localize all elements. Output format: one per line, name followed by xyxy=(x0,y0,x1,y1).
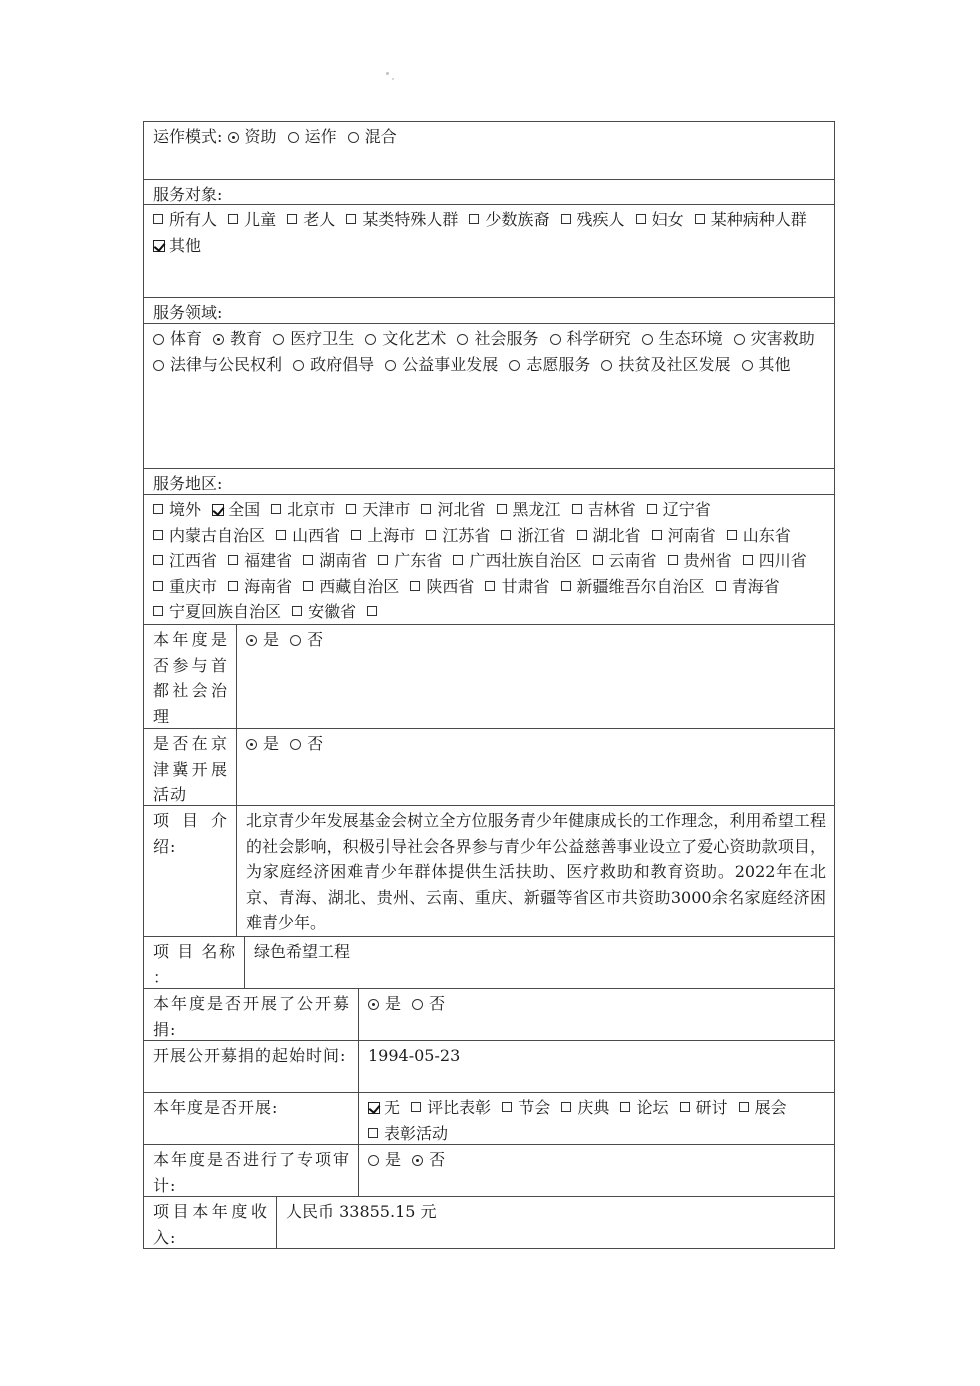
option-label: 河南省 xyxy=(668,526,716,545)
option-service-regions[interactable]: 海南省 xyxy=(228,577,292,596)
radio-selected-icon[interactable] xyxy=(228,132,239,143)
option-service-regions[interactable]: 山东省 xyxy=(727,526,791,545)
option-service-regions[interactable]: 贵州省 xyxy=(668,551,732,570)
option-label: 某类特殊人群 xyxy=(362,210,458,229)
option-label: 天津市 xyxy=(362,500,410,519)
option-label: 其他 xyxy=(169,236,201,255)
option-label: 体育 xyxy=(170,329,202,348)
option-label: 重庆市 xyxy=(169,577,217,596)
option-label: 妇女 xyxy=(652,210,684,229)
option-activities[interactable]: 论坛 xyxy=(620,1098,668,1117)
project-intro-label: 项 目 介绍: xyxy=(144,806,237,936)
service-targets-checkbox-group: 所有人 儿童 老人 某类特殊人群 少数族裔 残疾人 妇女 某种病种人群 其他 xyxy=(144,205,834,297)
option-label: 评比表彰 xyxy=(427,1098,491,1117)
public-fundraising-radio-group: 是 否 xyxy=(359,989,834,1040)
option-service-regions[interactable]: 境外 xyxy=(153,500,201,519)
checkbox-empty-icon[interactable] xyxy=(421,504,431,514)
option-label: 否 xyxy=(429,994,445,1013)
annual-income-value: 人民币 33855.15 元 xyxy=(277,1197,834,1248)
option-label: 是 xyxy=(385,1150,401,1169)
option-label: 是 xyxy=(263,734,279,753)
checkbox-empty-icon[interactable] xyxy=(303,555,313,565)
option-label: 法律与公民权利 xyxy=(170,355,282,374)
option-label: 湖北省 xyxy=(593,526,641,545)
option-label: 全国 xyxy=(228,500,260,519)
checkbox-empty-icon[interactable] xyxy=(346,214,356,224)
checkbox-empty-icon[interactable] xyxy=(577,530,587,540)
public-fundraising-label: 本年度是否开展了公开募捐: xyxy=(144,989,359,1040)
option-service-targets[interactable]: 少数族裔 xyxy=(469,210,549,229)
checkbox-empty-icon[interactable] xyxy=(561,214,571,224)
option-label: 社会服务 xyxy=(474,329,538,348)
option-service-fields[interactable]: 医疗卫生 xyxy=(273,329,354,348)
option-label: 研讨 xyxy=(696,1098,728,1117)
checkbox-empty-icon[interactable] xyxy=(346,504,356,514)
option-service-regions[interactable]: 江西省 xyxy=(153,551,217,570)
option-label: 海南省 xyxy=(244,577,292,596)
checkbox-empty-icon[interactable] xyxy=(636,214,646,224)
jingjinji-label: 是否在京津冀开展活动 xyxy=(144,729,237,805)
checkbox-empty-icon[interactable] xyxy=(561,581,571,591)
radio-empty-icon[interactable] xyxy=(742,360,753,371)
option-service-fields[interactable]: 法律与公民权利 xyxy=(153,355,282,374)
option-service-targets[interactable]: 所有人 xyxy=(153,210,217,229)
option-label: 山西省 xyxy=(292,526,340,545)
fundraising-start-value: 1994-05-23 xyxy=(359,1041,834,1092)
option-special-audit[interactable]: 否 xyxy=(412,1150,445,1169)
radio-empty-icon[interactable] xyxy=(153,334,164,345)
option-service-fields[interactable]: 生态环境 xyxy=(642,329,723,348)
row-fundraising-start: 开展公开募捐的起始时间: 1994-05-23 xyxy=(143,1041,835,1093)
option-label: 浙江省 xyxy=(517,526,565,545)
row-project-name: 项 目 名称 ： 绿色希望工程 xyxy=(143,937,835,989)
option-service-regions[interactable]: 重庆市 xyxy=(153,577,217,596)
row-annual-income: 项目本年度收入: 人民币 33855.15 元 xyxy=(143,1197,835,1249)
radio-empty-icon[interactable] xyxy=(290,635,301,646)
option-activities[interactable]: 节会 xyxy=(502,1098,550,1117)
option-label: 青海省 xyxy=(732,577,780,596)
option-service-regions[interactable]: 安徽省 xyxy=(292,602,356,621)
option-service-fields[interactable]: 体育 xyxy=(153,329,202,348)
option-label: 教育 xyxy=(230,329,262,348)
checkbox-empty-icon[interactable] xyxy=(743,555,753,565)
checkbox-empty-icon[interactable] xyxy=(739,1102,749,1112)
checkbox-empty-icon[interactable] xyxy=(378,555,388,565)
option-activities[interactable]: 研讨 xyxy=(680,1098,728,1117)
option-label: 云南省 xyxy=(609,551,657,570)
option-label: 山东省 xyxy=(743,526,791,545)
checkbox-empty-icon[interactable] xyxy=(620,1102,630,1112)
option-service-regions[interactable]: 浙江省 xyxy=(501,526,565,545)
operation-mode-cell: 运作模式: 资助 运作 混合 xyxy=(144,122,834,179)
option-label: 医疗卫生 xyxy=(290,329,354,348)
option-service-regions[interactable]: 上海市 xyxy=(351,526,415,545)
option-activities[interactable]: 庆典 xyxy=(561,1098,609,1117)
option-capital-governance[interactable]: 否 xyxy=(290,630,323,649)
option-service-regions[interactable] xyxy=(367,602,383,621)
option-label: 吉林省 xyxy=(588,500,636,519)
radio-empty-icon[interactable] xyxy=(288,132,299,143)
option-service-regions[interactable]: 全国 xyxy=(212,500,260,519)
checkbox-empty-icon[interactable] xyxy=(727,530,737,540)
service-targets-label: 服务对象: xyxy=(144,180,834,204)
checkbox-empty-icon[interactable] xyxy=(228,555,238,565)
option-label: 少数族裔 xyxy=(485,210,549,229)
checkbox-empty-icon[interactable] xyxy=(153,555,163,565)
activities-checkbox-group: 无 评比表彰 节会 庆典 论坛 研讨 展会 表彰活动 xyxy=(359,1093,834,1144)
radio-selected-icon[interactable] xyxy=(213,334,224,345)
checkbox-empty-icon[interactable] xyxy=(292,606,302,616)
option-label: 运作 xyxy=(305,127,337,146)
option-service-regions[interactable]: 广东省 xyxy=(378,551,442,570)
option-service-targets[interactable]: 妇女 xyxy=(636,210,684,229)
option-service-regions[interactable]: 四川省 xyxy=(743,551,807,570)
option-label: 江西省 xyxy=(169,551,217,570)
option-service-fields[interactable]: 文化艺术 xyxy=(365,329,446,348)
option-label: 贵州省 xyxy=(684,551,732,570)
checkbox-empty-icon[interactable] xyxy=(497,504,507,514)
option-label: 宁夏回族自治区 xyxy=(169,602,281,621)
option-service-regions[interactable]: 北京市 xyxy=(271,500,335,519)
checkbox-checked-icon[interactable] xyxy=(153,240,165,252)
option-label: 湖南省 xyxy=(319,551,367,570)
checkbox-empty-icon[interactable] xyxy=(426,530,436,540)
option-label: 否 xyxy=(307,630,323,649)
radio-empty-icon[interactable] xyxy=(290,739,301,750)
option-label: 上海市 xyxy=(367,526,415,545)
option-service-regions[interactable]: 西藏自治区 xyxy=(303,577,399,596)
option-jingjinji[interactable]: 是 xyxy=(246,734,279,753)
project-name-value: 绿色希望工程 xyxy=(245,937,834,988)
checkbox-empty-icon[interactable] xyxy=(153,214,163,224)
checkbox-empty-icon[interactable] xyxy=(153,530,163,540)
operation-mode-label: 运作模式: xyxy=(153,127,222,146)
option-service-regions[interactable]: 江苏省 xyxy=(426,526,490,545)
option-service-fields[interactable]: 科学研究 xyxy=(550,329,631,348)
radio-selected-icon[interactable] xyxy=(368,999,379,1010)
option-label: 扶贫及社区发展 xyxy=(618,355,730,374)
checkbox-empty-icon[interactable] xyxy=(276,530,286,540)
option-service-regions[interactable]: 宁夏回族自治区 xyxy=(153,602,281,621)
radio-empty-icon[interactable] xyxy=(509,360,520,371)
checkbox-empty-icon[interactable] xyxy=(303,581,313,591)
option-service-regions[interactable]: 天津市 xyxy=(346,500,410,519)
option-service-regions[interactable]: 青海省 xyxy=(716,577,780,596)
row-service-regions-label: 服务地区: xyxy=(143,469,835,495)
checkbox-empty-icon[interactable] xyxy=(469,214,479,224)
radio-empty-icon[interactable] xyxy=(601,360,612,371)
option-activities[interactable]: 无 xyxy=(368,1098,400,1117)
radio-empty-icon[interactable] xyxy=(550,334,561,345)
option-service-fields[interactable]: 社会服务 xyxy=(457,329,538,348)
checkbox-checked-icon[interactable] xyxy=(212,504,224,516)
option-activities[interactable]: 展会 xyxy=(739,1098,787,1117)
option-label: 科学研究 xyxy=(567,329,631,348)
option-label: 节会 xyxy=(518,1098,550,1117)
option-label: 灾害救助 xyxy=(751,329,815,348)
checkbox-empty-icon[interactable] xyxy=(411,1102,421,1112)
checkbox-empty-icon[interactable] xyxy=(351,530,361,540)
row-service-fields-label: 服务领域: xyxy=(143,298,835,324)
service-regions-label: 服务地区: xyxy=(144,469,834,494)
checkbox-empty-icon[interactable] xyxy=(228,214,238,224)
operation-mode-radio-group: 资助 运作 混合 xyxy=(228,127,403,146)
radio-empty-icon[interactable] xyxy=(734,334,745,345)
option-service-regions[interactable]: 黑龙江 xyxy=(497,500,561,519)
radio-empty-icon[interactable] xyxy=(153,360,164,371)
checkbox-empty-icon[interactable] xyxy=(561,1102,571,1112)
row-jingjinji: 是否在京津冀开展活动 是 否 xyxy=(143,729,835,806)
option-label: 境外 xyxy=(169,500,201,519)
option-label: 西藏自治区 xyxy=(319,577,399,596)
checkbox-empty-icon[interactable] xyxy=(572,504,582,514)
row-service-fields: 体育 教育 医疗卫生 文化艺术 社会服务 科学研究 生态环境 灾害救助 法律与公… xyxy=(143,324,835,469)
activities-label: 本年度是否开展: xyxy=(144,1093,359,1144)
option-service-regions[interactable]: 内蒙古自治区 xyxy=(153,526,265,545)
option-label: 其他 xyxy=(759,355,791,374)
option-label: 北京市 xyxy=(287,500,335,519)
option-service-targets[interactable]: 残疾人 xyxy=(561,210,625,229)
checkbox-empty-icon[interactable] xyxy=(680,1102,690,1112)
checkbox-empty-icon[interactable] xyxy=(647,504,657,514)
jingjinji-radio-group: 是 否 xyxy=(237,729,834,805)
option-service-regions[interactable]: 新疆维吾尔自治区 xyxy=(561,577,705,596)
row-capital-governance: 本年度是否参与首都社会治理 是 否 xyxy=(143,625,835,729)
option-label: 安徽省 xyxy=(308,602,356,621)
option-service-regions[interactable]: 湖北省 xyxy=(577,526,641,545)
row-public-fundraising: 本年度是否开展了公开募捐: 是 否 xyxy=(143,989,835,1041)
option-label: 庆典 xyxy=(577,1098,609,1117)
option-label: 老人 xyxy=(303,210,335,229)
row-project-intro: 项 目 介绍: 北京青少年发展基金会树立全方位服务青少年健康成长的工作理念，利用… xyxy=(143,806,835,937)
option-service-regions[interactable]: 云南省 xyxy=(593,551,657,570)
row-service-regions: 境外 全国 北京市 天津市 河北省 黑龙江 吉林省 辽宁省 内蒙古自治区 山西省… xyxy=(143,495,835,625)
service-fields-radio-group: 体育 教育 医疗卫生 文化艺术 社会服务 科学研究 生态环境 灾害救助 法律与公… xyxy=(144,324,834,468)
option-service-fields[interactable]: 志愿服务 xyxy=(509,355,590,374)
option-label: 甘肃省 xyxy=(501,577,549,596)
project-name-label: 项 目 名称 ： xyxy=(144,937,245,988)
option-activities[interactable]: 评比表彰 xyxy=(411,1098,491,1117)
checkbox-empty-icon[interactable] xyxy=(153,504,163,514)
option-service-targets[interactable]: 某类特殊人群 xyxy=(346,210,458,229)
option-label: 广东省 xyxy=(394,551,442,570)
option-label: 内蒙古自治区 xyxy=(169,526,265,545)
option-service-targets[interactable]: 某种病种人群 xyxy=(695,210,807,229)
checkbox-empty-icon[interactable] xyxy=(485,581,495,591)
option-service-fields[interactable]: 教育 xyxy=(213,329,262,348)
option-service-regions[interactable]: 山西省 xyxy=(276,526,340,545)
radio-empty-icon[interactable] xyxy=(642,334,653,345)
option-service-fields[interactable]: 公益事业发展 xyxy=(385,355,498,374)
checkbox-empty-icon[interactable] xyxy=(287,214,297,224)
option-service-regions[interactable]: 湖南省 xyxy=(303,551,367,570)
option-service-fields[interactable]: 其他 xyxy=(742,355,791,374)
checkbox-empty-icon[interactable] xyxy=(501,530,511,540)
project-intro-text: 北京青少年发展基金会树立全方位服务青少年健康成长的工作理念，利用希望工程的社会影… xyxy=(237,806,834,936)
special-audit-label: 本年度是否进行了专项审计: xyxy=(144,1145,359,1196)
row-service-targets: 所有人 儿童 老人 某类特殊人群 少数族裔 残疾人 妇女 某种病种人群 其他 xyxy=(143,205,835,298)
option-operation-mode[interactable]: 混合 xyxy=(348,127,397,146)
option-label: 残疾人 xyxy=(577,210,625,229)
option-label: 公益事业发展 xyxy=(402,355,498,374)
radio-selected-icon[interactable] xyxy=(246,739,257,750)
capital-governance-radio-group: 是 否 xyxy=(237,625,834,728)
option-label: 是 xyxy=(263,630,279,649)
option-label: 表彰活动 xyxy=(384,1124,448,1143)
row-activities: 本年度是否开展: 无 评比表彰 节会 庆典 论坛 研讨 展会 表彰活动 xyxy=(143,1093,835,1145)
fundraising-start-label: 开展公开募捐的起始时间: xyxy=(144,1041,359,1092)
radio-empty-icon[interactable] xyxy=(348,132,359,143)
scan-speck xyxy=(392,78,394,80)
option-label: 黑龙江 xyxy=(513,500,561,519)
checkbox-empty-icon[interactable] xyxy=(668,555,678,565)
option-service-fields[interactable]: 扶贫及社区发展 xyxy=(601,355,730,374)
checkbox-empty-icon[interactable] xyxy=(153,606,163,616)
row-service-targets-label: 服务对象: xyxy=(143,180,835,205)
radio-empty-icon[interactable] xyxy=(385,360,396,371)
option-label: 志愿服务 xyxy=(526,355,590,374)
service-fields-label: 服务领域: xyxy=(144,298,834,323)
project-form-table: 运作模式: 资助 运作 混合 服务对象: 所有人 儿童 老人 某类特殊人群 少数… xyxy=(143,121,835,1249)
option-label: 是 xyxy=(385,994,401,1013)
option-service-regions[interactable]: 河南省 xyxy=(652,526,716,545)
checkbox-empty-icon[interactable] xyxy=(695,214,705,224)
option-service-regions[interactable]: 福建省 xyxy=(228,551,292,570)
option-label: 混合 xyxy=(365,127,397,146)
option-label: 展会 xyxy=(755,1098,787,1117)
option-label: 无 xyxy=(384,1098,400,1117)
option-operation-mode[interactable]: 资助 xyxy=(228,127,277,146)
option-label: 河北省 xyxy=(437,500,485,519)
option-service-targets[interactable]: 其他 xyxy=(153,236,201,255)
option-label: 辽宁省 xyxy=(663,500,711,519)
option-activities[interactable]: 表彰活动 xyxy=(368,1124,448,1143)
option-service-targets[interactable]: 儿童 xyxy=(228,210,276,229)
checkbox-empty-icon[interactable] xyxy=(153,581,163,591)
checkbox-checked-icon[interactable] xyxy=(368,1102,380,1114)
option-label: 论坛 xyxy=(636,1098,668,1117)
option-service-regions[interactable]: 辽宁省 xyxy=(647,500,711,519)
checkbox-empty-icon[interactable] xyxy=(271,504,281,514)
option-label: 儿童 xyxy=(244,210,276,229)
option-label: 新疆维吾尔自治区 xyxy=(577,577,705,596)
checkbox-empty-icon[interactable] xyxy=(453,555,463,565)
radio-empty-icon[interactable] xyxy=(365,334,376,345)
option-service-regions[interactable]: 吉林省 xyxy=(572,500,636,519)
checkbox-empty-icon[interactable] xyxy=(652,530,662,540)
radio-empty-icon[interactable] xyxy=(457,334,468,345)
checkbox-empty-icon[interactable] xyxy=(502,1102,512,1112)
option-public-fundraising[interactable]: 是 xyxy=(368,994,401,1013)
special-audit-radio-group: 是 否 xyxy=(359,1145,834,1196)
checkbox-empty-icon[interactable] xyxy=(368,1128,378,1138)
option-service-regions[interactable]: 河北省 xyxy=(421,500,485,519)
option-label: 所有人 xyxy=(169,210,217,229)
option-service-fields[interactable]: 灾害救助 xyxy=(734,329,815,348)
option-special-audit[interactable]: 是 xyxy=(368,1150,401,1169)
option-service-regions[interactable]: 陕西省 xyxy=(410,577,474,596)
checkbox-empty-icon[interactable] xyxy=(716,581,726,591)
option-label: 某种病种人群 xyxy=(711,210,807,229)
option-label: 资助 xyxy=(245,127,277,146)
radio-empty-icon[interactable] xyxy=(368,1155,379,1166)
capital-governance-label: 本年度是否参与首都社会治理 xyxy=(144,625,237,728)
option-label: 陕西省 xyxy=(426,577,474,596)
option-service-fields[interactable]: 政府倡导 xyxy=(293,355,374,374)
option-capital-governance[interactable]: 是 xyxy=(246,630,279,649)
option-label: 广西壮族自治区 xyxy=(469,551,581,570)
service-regions-checkbox-group: 境外 全国 北京市 天津市 河北省 黑龙江 吉林省 辽宁省 内蒙古自治区 山西省… xyxy=(144,495,834,624)
option-public-fundraising[interactable]: 否 xyxy=(412,994,445,1013)
checkbox-empty-icon[interactable] xyxy=(228,581,238,591)
row-special-audit: 本年度是否进行了专项审计: 是 否 xyxy=(143,1145,835,1197)
option-label: 文化艺术 xyxy=(382,329,446,348)
option-label: 生态环境 xyxy=(659,329,723,348)
option-service-targets[interactable]: 老人 xyxy=(287,210,335,229)
scan-speck xyxy=(386,72,389,75)
radio-selected-icon[interactable] xyxy=(246,635,257,646)
radio-empty-icon[interactable] xyxy=(293,360,304,371)
option-label: 政府倡导 xyxy=(310,355,374,374)
option-service-regions[interactable]: 广西壮族自治区 xyxy=(453,551,581,570)
option-operation-mode[interactable]: 运作 xyxy=(288,127,337,146)
option-label: 否 xyxy=(307,734,323,753)
option-label: 否 xyxy=(429,1150,445,1169)
radio-selected-icon[interactable] xyxy=(412,1155,423,1166)
checkbox-empty-icon[interactable] xyxy=(367,606,377,616)
radio-empty-icon[interactable] xyxy=(273,334,284,345)
checkbox-empty-icon[interactable] xyxy=(593,555,603,565)
option-label: 四川省 xyxy=(759,551,807,570)
option-jingjinji[interactable]: 否 xyxy=(290,734,323,753)
option-label: 福建省 xyxy=(244,551,292,570)
option-service-regions[interactable]: 甘肃省 xyxy=(485,577,549,596)
annual-income-label: 项目本年度收入: xyxy=(144,1197,277,1248)
row-operation-mode: 运作模式: 资助 运作 混合 xyxy=(143,121,835,180)
checkbox-empty-icon[interactable] xyxy=(410,581,420,591)
option-label: 江苏省 xyxy=(442,526,490,545)
radio-empty-icon[interactable] xyxy=(412,999,423,1010)
